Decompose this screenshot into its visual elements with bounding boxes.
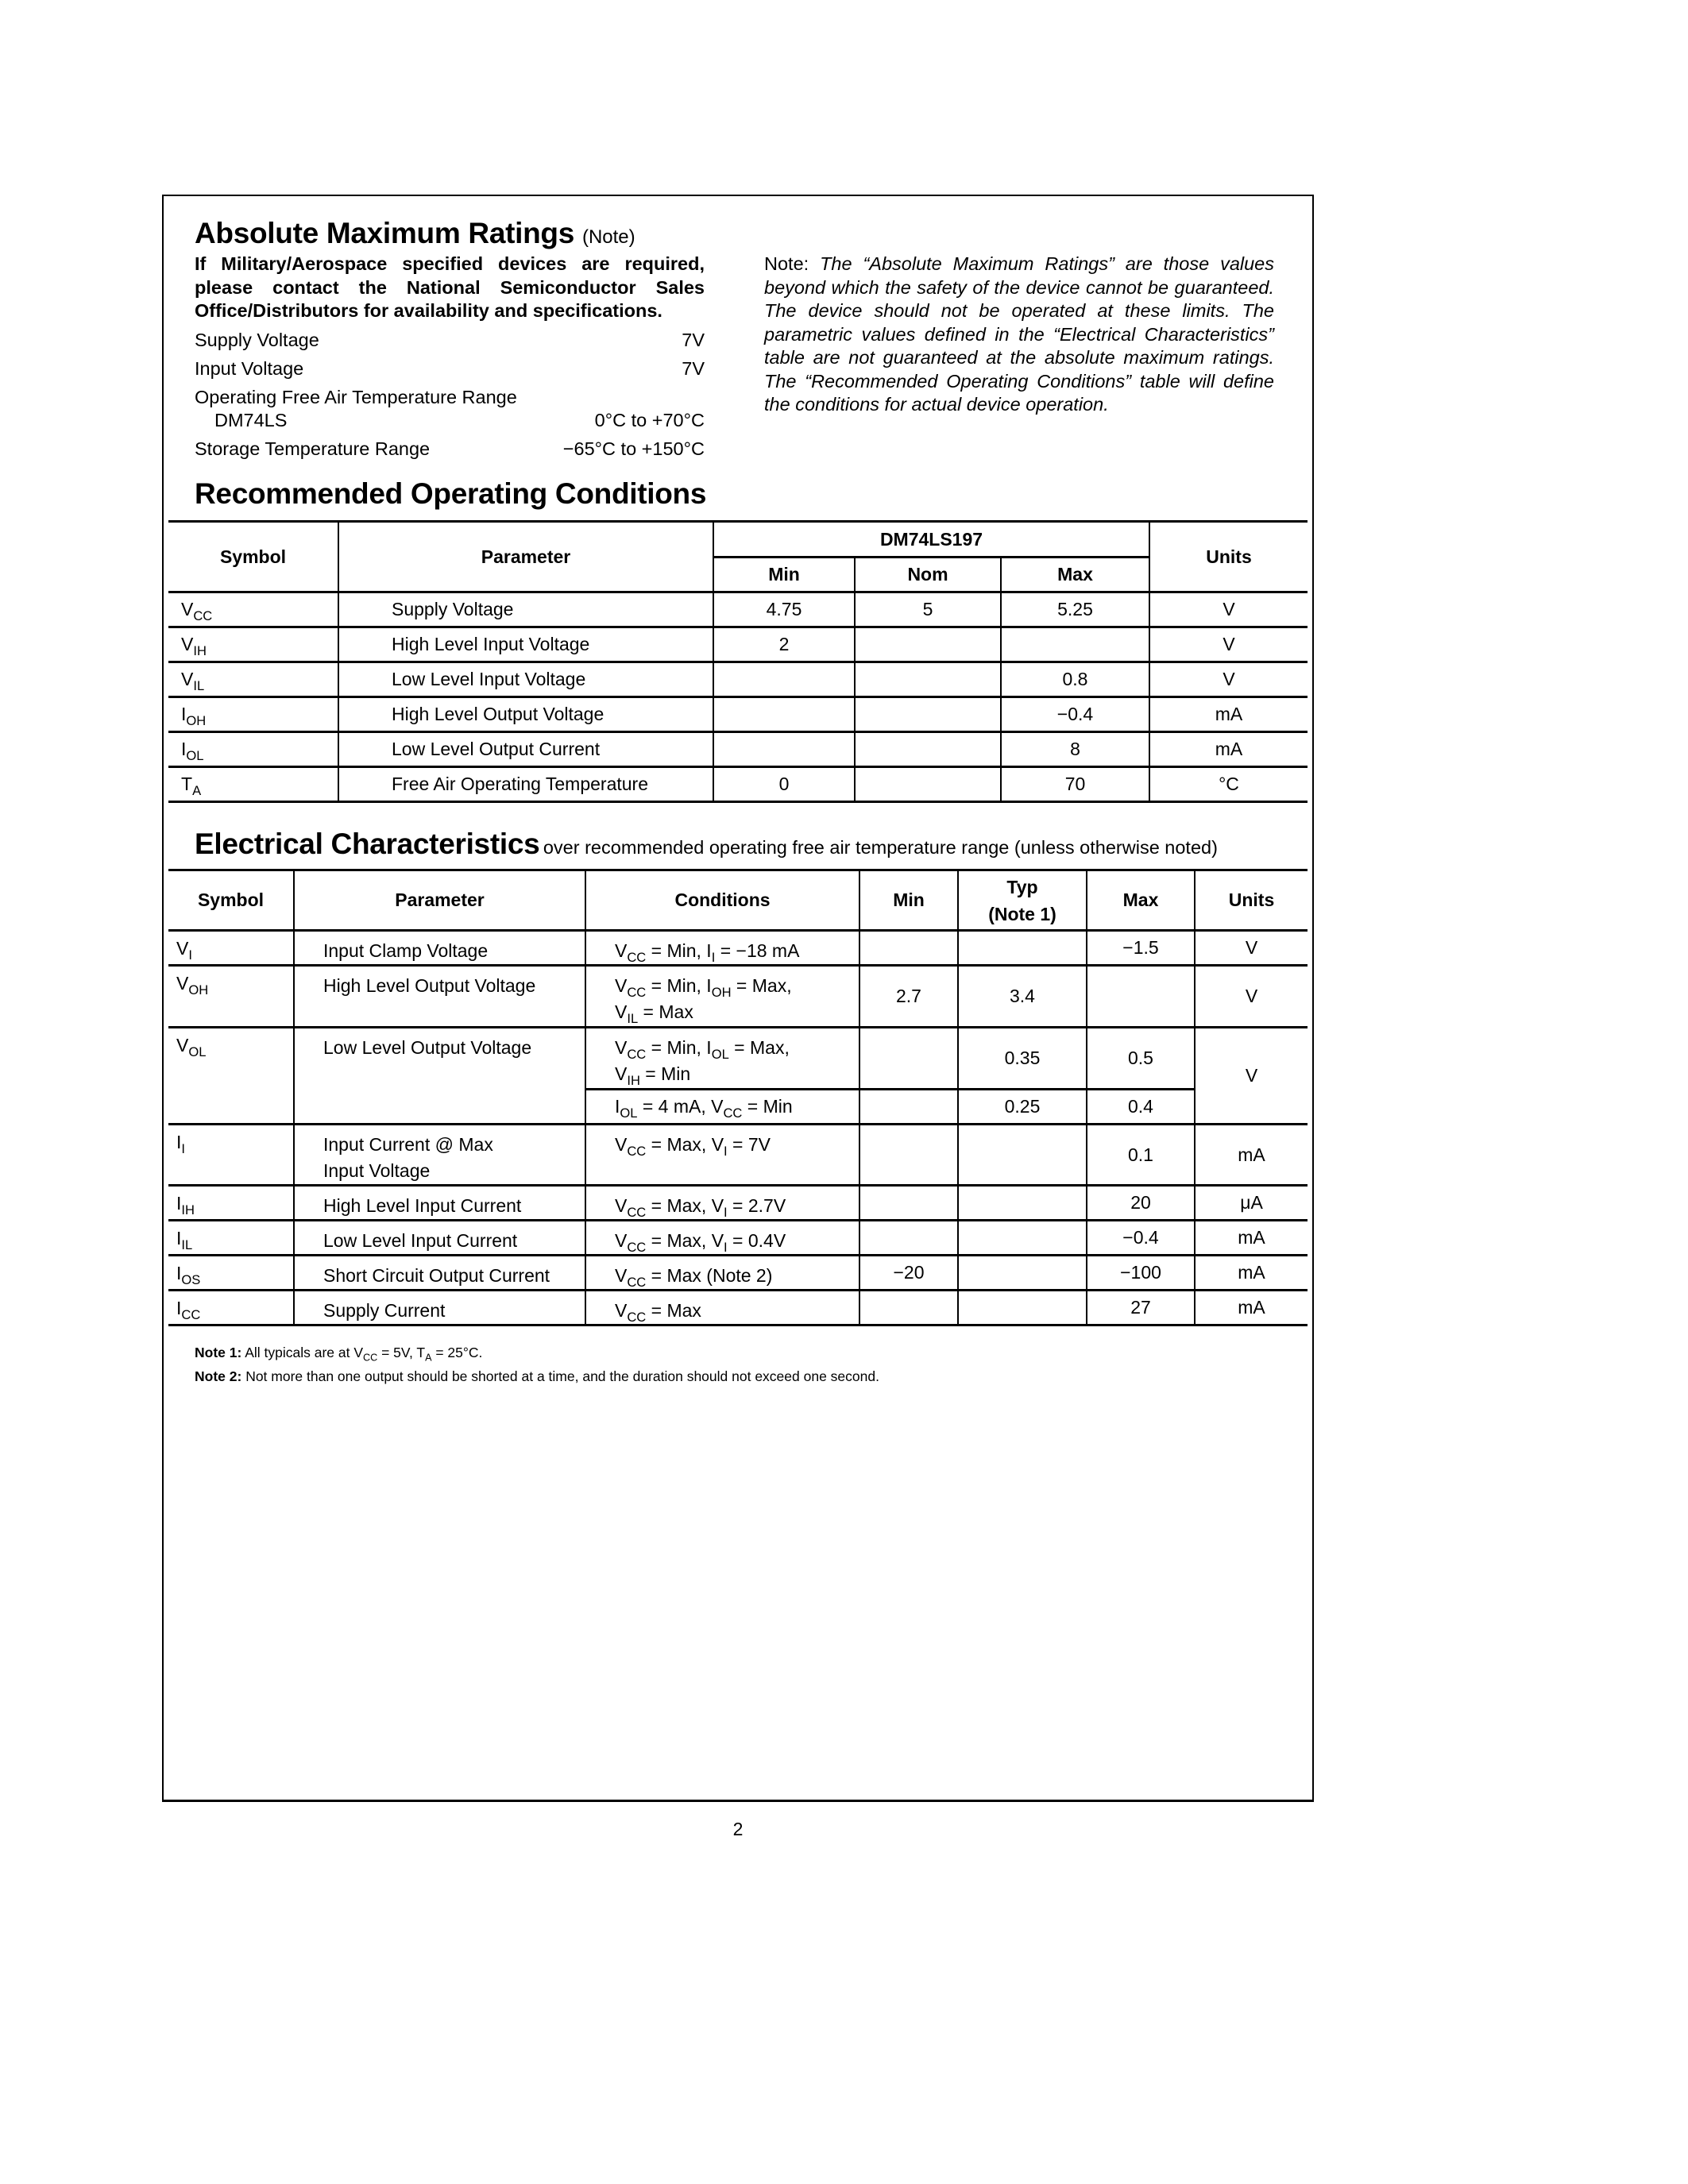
cell-max: 0.4 [1087,1090,1195,1125]
header-nom: Nom [855,558,1001,592]
cell-min [859,1186,958,1221]
table-row: VIInput Clamp VoltageVCC = Min, II = −18… [168,931,1308,966]
cell-parameter: Low Level Output Current [338,732,713,767]
cell-units: mA [1195,1256,1308,1291]
page-number: 2 [0,1819,1476,1840]
cell-symbol: IOL [168,732,338,767]
table-row: IIInput Current @ MaxInput VoltageVCC = … [168,1125,1308,1186]
note-1: Note 1: All typicals are at VCC = 5V, TA… [195,1342,879,1364]
absolute-max-title: Absolute Maximum Ratings (Note) [195,217,635,250]
cell-max: −100 [1087,1256,1195,1291]
cell-max: 0.1 [1087,1125,1195,1186]
cell-units: V [1149,592,1308,627]
cell-symbol: VOL [168,1028,294,1125]
cell-parameter: High Level Output Voltage [338,697,713,732]
cell-units: V [1149,627,1308,662]
cell-symbol: VI [168,931,294,966]
cell-min [713,732,855,767]
cell-units: V [1149,662,1308,697]
notes: Note 1: All typicals are at VCC = 5V, TA… [195,1342,879,1387]
cell-min [713,662,855,697]
electrical-title: Electrical Characteristics over recommen… [195,828,1218,861]
table-row: VOLLow Level Output VoltageVCC = Min, IO… [168,1028,1308,1090]
cell-typ [958,1125,1087,1186]
cell-parameter: High Level Output Voltage [294,966,585,1028]
cell-conditions: VCC = Min, IOL = Max,VIH = Min [585,1028,859,1090]
cell-units: V [1195,931,1308,966]
cell-nom [855,627,1001,662]
table-row: IILLow Level Input CurrentVCC = Max, VI … [168,1221,1308,1256]
table-row: VOHHigh Level Output VoltageVCC = Min, I… [168,966,1308,1028]
cell-min [859,1090,958,1125]
rating-value: 0°C to +70°C [595,409,705,432]
cell-min: 2 [713,627,855,662]
electrical-table: Symbol Parameter Conditions Min Typ (Not… [168,869,1308,1326]
recommended-title: Recommended Operating Conditions [195,477,706,511]
cell-conditions: VCC = Max [585,1291,859,1325]
absolute-max-title-text: Absolute Maximum Ratings [195,217,574,249]
cell-conditions: VCC = Max (Note 2) [585,1256,859,1291]
header-device-group: DM74LS197 [713,522,1149,558]
cell-symbol: II [168,1125,294,1186]
table-row: VIHHigh Level Input Voltage2V [168,627,1308,662]
cell-parameter: Low Level Input Current [294,1221,585,1256]
header-parameter: Parameter [294,870,585,931]
table-row: IIHHigh Level Input CurrentVCC = Max, VI… [168,1186,1308,1221]
table-row: IOHHigh Level Output Voltage−0.4mA [168,697,1308,732]
cell-units: mA [1195,1125,1308,1186]
cell-max: 8 [1001,732,1149,767]
rating-label: DM74LS [195,409,287,432]
header-min: Min [713,558,855,592]
cell-min: −20 [859,1256,958,1291]
rating-value: −65°C to +150°C [563,438,705,461]
cell-nom [855,732,1001,767]
cell-min: 4.75 [713,592,855,627]
recommended-table: Symbol Parameter DM74LS197 Units Min Nom… [168,520,1308,803]
cell-max: 5.25 [1001,592,1149,627]
cell-parameter: Free Air Operating Temperature [338,767,713,802]
note-label: Note: [764,253,809,274]
note-2: Note 2: Not more than one output should … [195,1366,879,1387]
cell-max: −0.4 [1087,1221,1195,1256]
cell-max: 20 [1087,1186,1195,1221]
cell-symbol: VOH [168,966,294,1028]
rating-input-voltage: Input Voltage 7V [195,357,705,380]
cell-conditions: VCC = Max, VI = 0.4V [585,1221,859,1256]
header-parameter: Parameter [338,522,713,592]
header-min: Min [859,870,958,931]
cell-conditions: VCC = Min, IOH = Max,VIL = Max [585,966,859,1028]
military-notice: If Military/Aerospace specified devices … [195,253,705,323]
cell-min [859,1125,958,1186]
table-row: ICCSupply CurrentVCC = Max27mA [168,1291,1308,1325]
rating-label: Operating Free Air Temperature Range [195,386,517,409]
cell-parameter: High Level Input Current [294,1186,585,1221]
cell-min [713,697,855,732]
cell-symbol: IIL [168,1221,294,1256]
cell-typ: 0.35 [958,1028,1087,1090]
cell-max: −0.4 [1001,697,1149,732]
cell-units: mA [1149,732,1308,767]
note-text: The “Absolute Maximum Ratings” are those… [764,253,1274,415]
cell-max: 0.5 [1087,1028,1195,1090]
cell-nom: 5 [855,592,1001,627]
cell-units: mA [1195,1291,1308,1325]
rating-value: 7V [682,357,705,380]
cell-max: 70 [1001,767,1149,802]
rating-value: 7V [682,329,705,352]
header-typ-note: (Note 1) [988,904,1056,924]
cell-units: V [1195,966,1308,1028]
rating-label: Input Voltage [195,357,303,380]
cell-symbol: TA [168,767,338,802]
header-conditions: Conditions [585,870,859,931]
cell-max: −1.5 [1087,931,1195,966]
header-typ: Typ (Note 1) [958,870,1087,931]
cell-typ: 3.4 [958,966,1087,1028]
cell-min: 2.7 [859,966,958,1028]
cell-conditions: VCC = Max, VI = 7V [585,1125,859,1186]
cell-parameter: Short Circuit Output Current [294,1256,585,1291]
ratings-list: Supply Voltage 7V Input Voltage 7V Opera… [195,329,705,461]
cell-symbol: IOS [168,1256,294,1291]
cell-conditions: VCC = Max, VI = 2.7V [585,1186,859,1221]
table-row: IOSShort Circuit Output CurrentVCC = Max… [168,1256,1308,1291]
cell-typ: 0.25 [958,1090,1087,1125]
cell-symbol: IIH [168,1186,294,1221]
cell-conditions: VCC = Min, II = −18 mA [585,931,859,966]
cell-typ [958,1256,1087,1291]
rating-label: Supply Voltage [195,329,319,352]
rating-supply-voltage: Supply Voltage 7V [195,329,705,352]
cell-max: 27 [1087,1291,1195,1325]
cell-parameter: Input Current @ MaxInput Voltage [294,1125,585,1186]
cell-typ [958,931,1087,966]
table-row: TAFree Air Operating Temperature070°C [168,767,1308,802]
rating-storage-temp: Storage Temperature Range −65°C to +150°… [195,438,705,461]
cell-typ [958,1186,1087,1221]
cell-nom [855,662,1001,697]
cell-symbol: VCC [168,592,338,627]
cell-parameter: Low Level Input Voltage [338,662,713,697]
cell-min [859,1028,958,1090]
cell-nom [855,697,1001,732]
electrical-subtitle: over recommended operating free air temp… [543,837,1218,858]
rating-label: Storage Temperature Range [195,438,430,461]
header-units: Units [1149,522,1308,592]
note-1-label: Note 1: [195,1345,241,1360]
cell-parameter: Low Level Output Voltage [294,1028,585,1125]
header-symbol: Symbol [168,870,294,931]
cell-nom [855,767,1001,802]
cell-parameter: Input Clamp Voltage [294,931,585,966]
cell-symbol: VIH [168,627,338,662]
cell-parameter: Supply Current [294,1291,585,1325]
cell-units: V [1195,1028,1308,1125]
note-2-text: Not more than one output should be short… [245,1368,879,1384]
absolute-max-title-note: (Note) [582,226,635,248]
note-1-text: All typicals are at VCC = 5V, TA = 25°C. [245,1345,482,1360]
cell-conditions: IOL = 4 mA, VCC = Min [585,1090,859,1125]
cell-typ [958,1221,1087,1256]
electrical-title-text: Electrical Characteristics [195,828,539,860]
cell-symbol: IOH [168,697,338,732]
header-typ-label: Typ [1006,877,1037,897]
cell-units: mA [1149,697,1308,732]
header-symbol: Symbol [168,522,338,592]
rating-operating-temp: Operating Free Air Temperature Range [195,386,705,409]
table-row: VILLow Level Input Voltage0.8V [168,662,1308,697]
header-max: Max [1001,558,1149,592]
cell-min [859,1221,958,1256]
cell-parameter: High Level Input Voltage [338,627,713,662]
table-row: VCCSupply Voltage4.7555.25V [168,592,1308,627]
cell-max: 0.8 [1001,662,1149,697]
rating-dm74ls: DM74LS 0°C to +70°C [195,409,705,432]
cell-min [859,931,958,966]
cell-max [1001,627,1149,662]
cell-parameter: Supply Voltage [338,592,713,627]
note-2-label: Note 2: [195,1368,241,1384]
cell-units: mA [1195,1221,1308,1256]
absolute-max-note: Note: The “Absolute Maximum Ratings” are… [764,253,1274,417]
header-units: Units [1195,870,1308,931]
cell-symbol: VIL [168,662,338,697]
cell-units: °C [1149,767,1308,802]
cell-units: μA [1195,1186,1308,1221]
header-max: Max [1087,870,1195,931]
cell-min: 0 [713,767,855,802]
cell-symbol: ICC [168,1291,294,1325]
cell-max [1087,966,1195,1028]
cell-typ [958,1291,1087,1325]
table-row: IOLLow Level Output Current8mA [168,732,1308,767]
cell-min [859,1291,958,1325]
